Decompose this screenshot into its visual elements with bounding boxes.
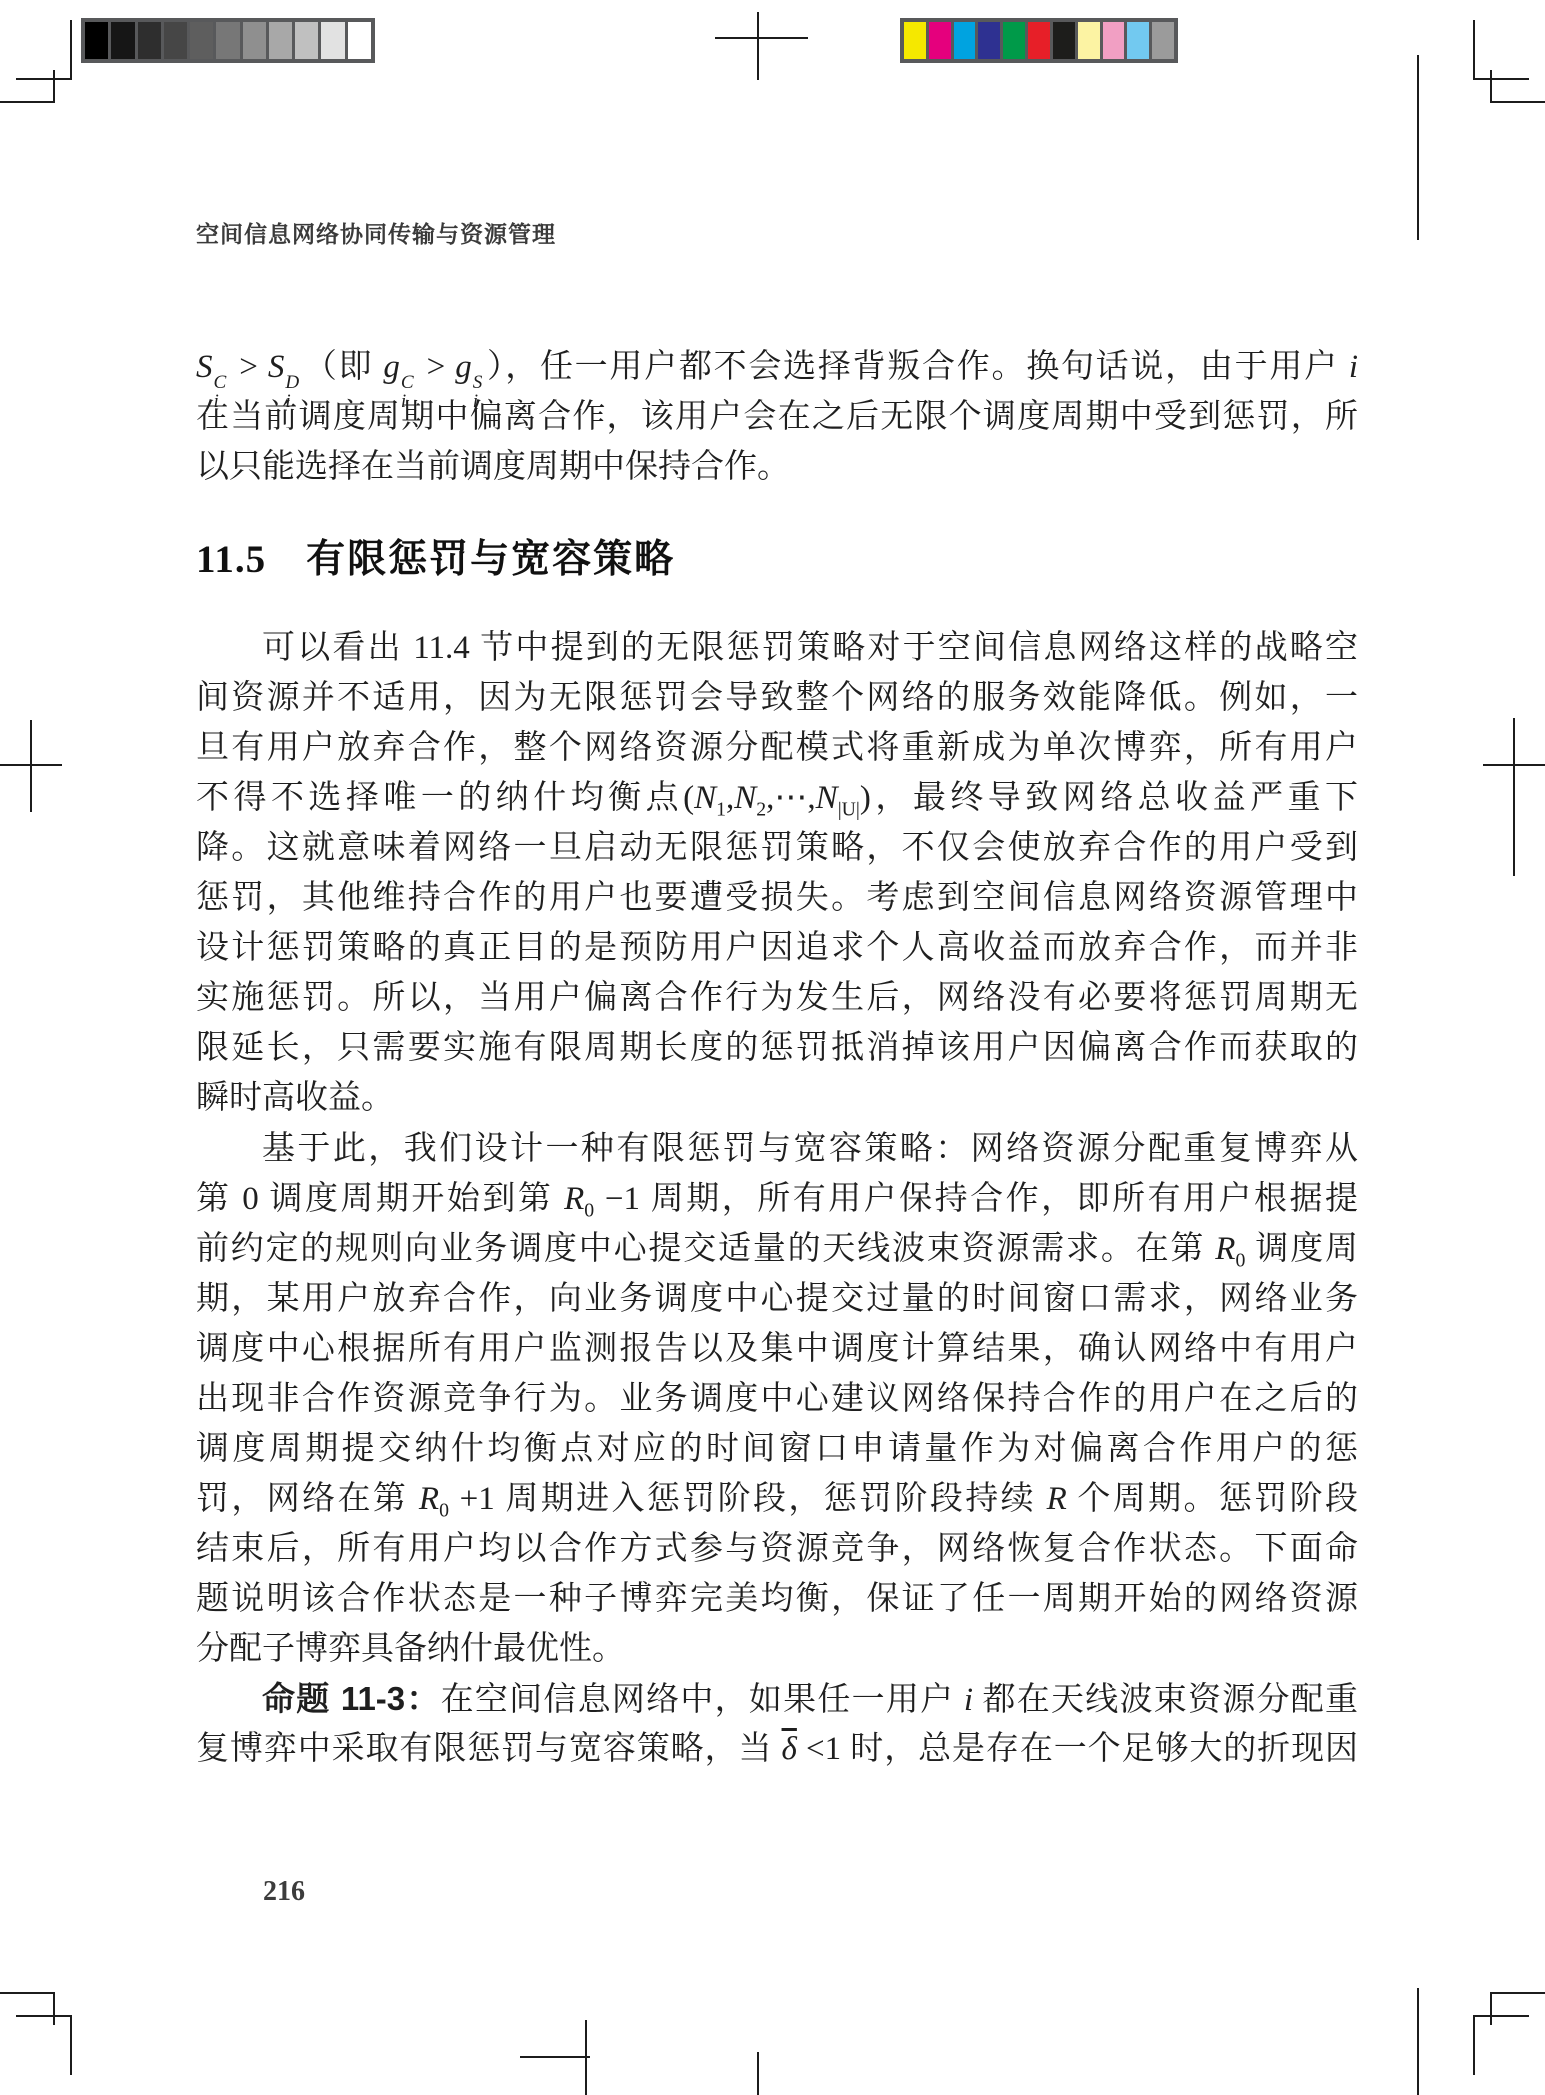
text-line: 在当前调度周期中偏离合作，该用户会在之后无限个调度周期中受到惩罚，所 <box>196 392 1358 442</box>
text-line: 复博弈中采取有限惩罚与宽容策略，当 δ <1 时，总是存在一个足够大的折现因 <box>196 1724 1358 1774</box>
text-line: 旦有用户放弃合作，整个网络资源分配模式将重新成为单次博弈，所有用户 <box>196 723 1358 773</box>
crop-mark <box>1473 2015 1529 2017</box>
color-swatch <box>111 22 134 59</box>
text-line: 第 0 调度周期开始到第 R0 −1 周期，所有用户保持合作，即所有用户根据提 <box>196 1174 1358 1224</box>
text-line: 分配子博弈具备纳什最优性。 <box>196 1624 1358 1674</box>
color-swatch <box>138 22 161 59</box>
page-number: 216 <box>263 1876 305 1908</box>
text-line: 惩罚，其他维持合作的用户也要遭受损失。考虑到空间信息网络资源管理中 <box>196 873 1358 923</box>
color-swatch <box>1003 22 1025 59</box>
color-swatch <box>1103 22 1125 59</box>
text-line: 题说明该合作状态是一种子博弈完美均衡，保证了任一周期开始的网络资源 <box>196 1574 1358 1624</box>
paragraph-4-proposition: 命题 11-3：在空间信息网络中，如果任一用户 i 都在天线波束资源分配重 复博… <box>196 1674 1358 1774</box>
color-swatch <box>1127 22 1149 59</box>
color-swatch <box>1028 22 1050 59</box>
text-line: 可以看出 11.4 节中提到的无限惩罚策略对于空间信息网络这样的战略空 <box>196 623 1358 673</box>
crop-mark <box>30 720 32 812</box>
crop-mark <box>1490 101 1545 103</box>
crop-mark <box>1473 78 1529 80</box>
running-header: 空间信息网络协同传输与资源管理 <box>196 216 556 249</box>
section-heading: 11.5有限惩罚与宽容策略 <box>196 528 675 584</box>
crop-mark <box>0 1992 55 1994</box>
crop-mark <box>1490 1992 1492 2025</box>
text-line: 以只能选择在当前调度周期中保持合作。 <box>196 442 1358 492</box>
crop-mark <box>16 78 72 80</box>
color-swatch <box>929 22 951 59</box>
color-swatch <box>1152 22 1174 59</box>
crop-mark <box>715 37 808 39</box>
book-page: 空间信息网络协同传输与资源管理 SCi > SDi（即 gCi > gSi），任… <box>0 0 1545 2095</box>
color-swatch <box>978 22 1000 59</box>
text-line: 降。这就意味着网络一旦启动无限惩罚策略，不仅会使放弃合作的用户受到 <box>196 823 1358 873</box>
color-swatch <box>1078 22 1100 59</box>
color-swatch <box>321 22 344 59</box>
color-swatch <box>190 22 213 59</box>
text-line: 期，某用户放弃合作，向业务调度中心提交过量的时间窗口需求，网络业务 <box>196 1274 1358 1324</box>
crop-mark <box>1417 1988 1419 2095</box>
text-line: 间资源并不适用，因为无限惩罚会导致整个网络的服务效能降低。例如，一 <box>196 673 1358 723</box>
color-swatch <box>243 22 266 59</box>
color-swatch <box>164 22 187 59</box>
paragraph-2: 可以看出 11.4 节中提到的无限惩罚策略对于空间信息网络这样的战略空 间资源并… <box>196 623 1358 1123</box>
color-swatch <box>954 22 976 59</box>
section-title: 有限惩罚与宽容策略 <box>306 538 675 581</box>
color-swatch <box>85 22 108 59</box>
crop-mark <box>0 101 55 103</box>
text-line: 不得不选择唯一的纳什均衡点(N1,N2,⋯,N|U|)，最终导致网络总收益严重下 <box>196 773 1358 823</box>
crop-mark <box>70 2015 72 2075</box>
crop-mark <box>1490 70 1492 103</box>
paragraph-3: 基于此，我们设计一种有限惩罚与宽容策略：网络资源分配重复博弈从 第 0 调度周期… <box>196 1124 1358 1674</box>
crop-mark <box>53 1992 55 2025</box>
color-swatch <box>216 22 239 59</box>
crop-mark <box>1473 20 1475 80</box>
text-line: 瞬时高收益。 <box>196 1073 1358 1123</box>
crop-mark <box>1417 55 1419 240</box>
crop-mark <box>520 2056 590 2058</box>
crop-mark <box>1513 718 1515 876</box>
color-calibration-bar <box>900 18 1178 63</box>
color-swatch <box>269 22 292 59</box>
text-line: 调度周期提交纳什均衡点对应的时间窗口申请量作为对偏离合作用户的惩 <box>196 1424 1358 1474</box>
text-line: 设计惩罚策略的真正目的是预防用户因追求个人高收益而放弃合作，而并非 <box>196 923 1358 973</box>
crop-mark <box>1490 1992 1545 1994</box>
crop-mark <box>757 12 759 80</box>
crop-mark <box>1473 2015 1475 2075</box>
color-swatch <box>295 22 318 59</box>
text-line: 基于此，我们设计一种有限惩罚与宽容策略：网络资源分配重复博弈从 <box>196 1124 1358 1174</box>
text-line: 限延长，只需要实施有限周期长度的惩罚抵消掉该用户因偏离合作而获取的 <box>196 1023 1358 1073</box>
crop-mark <box>53 70 55 103</box>
text-line: 出现非合作资源竞争行为。业务调度中心建议网络保持合作的用户在之后的 <box>196 1374 1358 1424</box>
text-line: 结束后，所有用户均以合作方式参与资源竞争，网络恢复合作状态。下面命 <box>196 1524 1358 1574</box>
text-line: 实施惩罚。所以，当用户偏离合作行为发生后，网络没有必要将惩罚周期无 <box>196 973 1358 1023</box>
text-line: 命题 11-3：在空间信息网络中，如果任一用户 i 都在天线波束资源分配重 <box>196 1674 1358 1724</box>
text-line: 罚，网络在第 R0 +1 周期进入惩罚阶段，惩罚阶段持续 R 个周期。惩罚阶段 <box>196 1474 1358 1524</box>
crop-mark <box>16 2015 72 2017</box>
text-line: 前约定的规则向业务调度中心提交适量的天线波束资源需求。在第 R0 调度周 <box>196 1224 1358 1274</box>
color-swatch <box>904 22 926 59</box>
section-number: 11.5 <box>196 538 266 581</box>
crop-mark <box>70 20 72 80</box>
crop-mark <box>757 2052 759 2095</box>
color-swatch <box>1053 22 1075 59</box>
text-line: 调度中心根据所有用户监测报告以及集中调度计算结果，确认网络中有用户 <box>196 1324 1358 1374</box>
color-swatch <box>348 22 371 59</box>
text-line: SCi > SDi（即 gCi > gSi），任一用户都不会选择背叛合作。换句话… <box>196 342 1358 392</box>
grayscale-calibration-bar <box>81 18 375 63</box>
paragraph-1: SCi > SDi（即 gCi > gSi），任一用户都不会选择背叛合作。换句话… <box>196 342 1358 492</box>
